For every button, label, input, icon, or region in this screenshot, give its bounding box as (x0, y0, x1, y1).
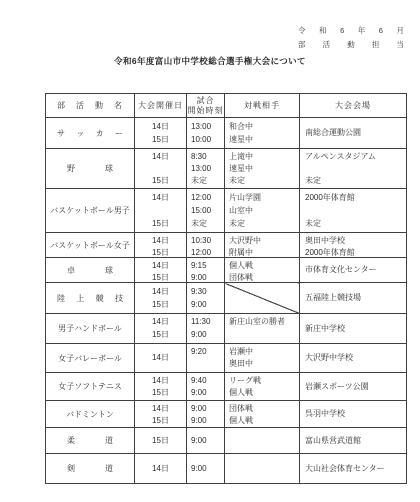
time-cell: 9:00 (187, 454, 225, 484)
time-cell-line (187, 358, 224, 370)
sport-name-cell: 野球 (46, 149, 135, 189)
header-start-time-line2: 開始時刻 (187, 106, 224, 116)
date-cell-line: 15日 (135, 175, 186, 187)
venue-cell: 市体育文化センター (300, 258, 407, 283)
opponent-cell: 団体戦個人戦 (225, 401, 300, 428)
time-cell-line: 未定 (187, 175, 224, 187)
date-cell-line (135, 205, 186, 217)
venue-cell: 新庄中学校 (300, 314, 407, 344)
venue-cell-line: 2000年体育館 (300, 192, 406, 204)
time-cell-line: 10:30 (187, 235, 224, 247)
opponent-cell: 新庄山室の勝者 (225, 314, 300, 344)
venue-cell-line: アルペンスタジアム (300, 151, 406, 163)
opponent-cell-line: 団体戦 (225, 272, 299, 284)
time-cell-line: 13:00 (187, 121, 224, 133)
table-header-row: 部活動名 大会開催日 試合 開始時刻 対戦相手 大会会場 (46, 94, 407, 118)
venue-cell-line: 未定 (300, 175, 406, 187)
venue-cell-line: 未定 (300, 218, 406, 230)
opponent-cell: リーグ戦個人戦 (225, 373, 300, 401)
date-cell: 14日15日 (135, 373, 187, 401)
table-row: 卓球14日15日9:159:00個人戦団体戦市体育文化センター (46, 258, 407, 283)
table-row: 柔道15日9:00富山県営武道館 (46, 428, 407, 454)
opponent-cell-line: 大沢野中 (225, 235, 299, 247)
venue-cell-line: 南総合運動公園 (300, 127, 406, 139)
time-cell-line: 15:00 (187, 205, 224, 217)
header-venue: 大会会場 (300, 94, 407, 118)
date-cell: 14日15日 (135, 189, 187, 233)
date-cell-line: 14日 (135, 151, 186, 163)
date-cell-line: 14日 (135, 463, 186, 475)
time-cell: 9:20 (187, 344, 225, 373)
date-cell-line: 14日 (135, 286, 186, 298)
time-cell-line: 9:40 (187, 375, 224, 387)
time-cell: 9:309:00 (187, 283, 225, 314)
opponent-cell-line: 個人戦 (225, 387, 299, 399)
tournament-table: 部活動名 大会開催日 試合 開始時刻 対戦相手 大会会場 サッカー14日15日1… (45, 93, 407, 484)
opponent-cell-line: 速星中 (225, 134, 299, 146)
venue-cell-line (300, 205, 406, 217)
no-opponent-diagonal (225, 283, 300, 314)
venue-cell-line: 大沢野中学校 (300, 352, 406, 364)
venue-cell: 南総合運動公園 (300, 118, 407, 149)
time-cell: 9:00 (187, 428, 225, 454)
sport-name: 剣道 (67, 463, 113, 474)
date-cell: 14日15日 (135, 314, 187, 344)
opponent-cell-line: 山室中 (225, 205, 299, 217)
opponent-cell-line: 岩瀬中 (225, 346, 299, 358)
issue-author: 部活動担当 (298, 39, 404, 50)
header-start-time: 試合 開始時刻 (187, 94, 225, 118)
sport-name-cell: 女子バレーボール (46, 344, 135, 373)
table-row: 野球14日15日8:3013:00未定上滝中速星中未定アルペンスタジアム未定 (46, 149, 407, 189)
sport-name: サッカー (57, 128, 123, 139)
table-row: バスケットボール男子14日15日12:0015:00未定片山学園山室中未定200… (46, 189, 407, 233)
date-cell-line: 14日 (135, 235, 186, 247)
sport-name: 卓球 (67, 265, 113, 276)
venue-cell-line: 五福陸上競技場 (300, 292, 406, 304)
time-cell: 9:409:00 (187, 373, 225, 401)
opponent-cell-line: 個人戦 (225, 260, 299, 272)
opponent-cell-line: 片山学園 (225, 192, 299, 204)
time-cell-line: 11:30 (187, 316, 224, 328)
venue-cell: 大山社会体育センター (300, 454, 407, 484)
time-cell-line: 10:00 (187, 134, 224, 146)
opponent-cell-line (225, 329, 299, 341)
time-cell-line: 9:00 (187, 299, 224, 311)
time-cell-line: 9:00 (187, 272, 224, 284)
date-cell: 14日15日 (135, 233, 187, 258)
issue-date: 令和6年6月 (298, 25, 404, 36)
opponent-cell-line: 個人戦 (225, 415, 299, 427)
sport-name-cell: バドミントン (46, 401, 135, 428)
time-cell-line: 9:00 (187, 435, 224, 447)
time-cell: 12:0015:00未定 (187, 189, 225, 233)
time-cell-line: 9:00 (187, 415, 224, 427)
time-cell-line: 9:15 (187, 260, 224, 272)
venue-cell: 2000年体育館未定 (300, 189, 407, 233)
time-cell: 9:009:00 (187, 401, 225, 428)
opponent-cell-line: 未定 (225, 218, 299, 230)
sport-name-cell: バスケットボール女子 (46, 233, 135, 258)
venue-cell: 五福陸上競技場 (300, 283, 407, 314)
venue-cell-line: 呉羽中学校 (300, 408, 406, 420)
opponent-cell-line: 奥田中 (225, 358, 299, 370)
table-row: 陸上競技14日15日9:309:00五福陸上競技場 (46, 283, 407, 314)
table-row: サッカー14日15日13:0010:00和合中速星中南総合運動公園 (46, 118, 407, 149)
date-cell: 15日 (135, 428, 187, 454)
sport-name: 野球 (67, 163, 113, 174)
opponent-cell-line: 附属中 (225, 247, 299, 259)
sport-name: 陸上競技 (57, 293, 123, 304)
opponent-cell: 和合中速星中 (225, 118, 300, 149)
venue-cell: 奥田中学校2000年体育館 (300, 233, 407, 258)
opponent-cell-line: 団体戦 (225, 403, 299, 415)
venue-cell-line: 市体育文化センター (300, 264, 406, 276)
venue-cell-line (300, 163, 406, 175)
table-row: バスケットボール女子14日15日10:3012:00大沢野中附属中奥田中学校20… (46, 233, 407, 258)
date-cell: 14日15日 (135, 118, 187, 149)
table-row: 男子ハンドボール14日15日11:309:00新庄山室の勝者新庄中学校 (46, 314, 407, 344)
date-cell-line: 15日 (135, 299, 186, 311)
time-cell: 11:309:00 (187, 314, 225, 344)
date-cell-line (135, 163, 186, 175)
time-cell-line: 9:00 (187, 463, 224, 475)
venue-cell: 岩瀬スポーツ公園 (300, 373, 407, 401)
time-cell-line: 9:00 (187, 403, 224, 415)
opponent-cell-line: 未定 (225, 175, 299, 187)
opponent-cell: 片山学園山室中未定 (225, 189, 300, 233)
sport-name-cell: 女子ソフトテニス (46, 373, 135, 401)
venue-cell-line: 2000年体育館 (300, 247, 406, 259)
time-cell-line: 12:00 (187, 192, 224, 204)
venue-cell-line: 富山県営武道館 (300, 435, 406, 447)
sport-name: 柔道 (67, 435, 113, 446)
table-body: サッカー14日15日13:0010:00和合中速星中南総合運動公園野球14日15… (46, 118, 407, 484)
venue-cell-line: 奥田中学校 (300, 235, 406, 247)
table-row: バドミントン14日15日9:009:00団体戦個人戦呉羽中学校 (46, 401, 407, 428)
time-cell: 10:3012:00 (187, 233, 225, 258)
date-cell: 14日15日 (135, 283, 187, 314)
table-row: 剣道14日9:00大山社会体育センター (46, 454, 407, 484)
date-cell-line: 15日 (135, 272, 186, 284)
header-event-date: 大会開催日 (135, 94, 187, 118)
date-cell: 14日15日 (135, 258, 187, 283)
time-cell-line: 9:20 (187, 346, 224, 358)
time-cell-line: 8:30 (187, 151, 224, 163)
time-cell: 13:0010:00 (187, 118, 225, 149)
venue-cell: 富山県営武道館 (300, 428, 407, 454)
header-activity: 部活動名 (46, 94, 135, 118)
time-cell-line: 9:00 (187, 329, 224, 341)
sport-name-cell: 剣道 (46, 454, 135, 484)
venue-cell: 大沢野中学校 (300, 344, 407, 373)
table-row: 女子ソフトテニス14日15日9:409:00リーグ戦個人戦岩瀬スポーツ公園 (46, 373, 407, 401)
date-cell-line: 15日 (135, 435, 186, 447)
time-cell-line: 9:30 (187, 286, 224, 298)
time-cell-line: 12:00 (187, 247, 224, 259)
time-cell: 9:159:00 (187, 258, 225, 283)
date-cell-line: 15日 (135, 415, 186, 427)
sport-name-cell: サッカー (46, 118, 135, 149)
date-cell: 14日15日 (135, 149, 187, 189)
date-cell-line: 15日 (135, 247, 186, 259)
date-cell: 14日 (135, 454, 187, 484)
date-cell-line: 15日 (135, 387, 186, 399)
date-cell-line: 14日 (135, 192, 186, 204)
opponent-cell: 大沢野中附属中 (225, 233, 300, 258)
time-cell: 8:3013:00未定 (187, 149, 225, 189)
opponent-cell (225, 428, 300, 454)
opponent-cell-line: 上滝中 (225, 151, 299, 163)
opponent-cell: 岩瀬中奥田中 (225, 344, 300, 373)
header-start-time-line1: 試合 (187, 96, 224, 106)
venue-cell: アルペンスタジアム未定 (300, 149, 407, 189)
date-cell-line: 15日 (135, 134, 186, 146)
date-cell-line: 14日 (135, 403, 186, 415)
date-cell-line: 14日 (135, 121, 186, 133)
header-activity-label: 部活動名 (57, 100, 123, 111)
sport-name-cell: 陸上競技 (46, 283, 135, 314)
opponent-cell-line: リーグ戦 (225, 375, 299, 387)
date-cell-line: 14日 (135, 316, 186, 328)
sport-name-cell: 柔道 (46, 428, 135, 454)
time-cell-line: 未定 (187, 218, 224, 230)
issue-info-block: 令和6年6月 部活動担当 (298, 25, 404, 53)
page-title: 令和6年度富山市中学校総合選手権大会について (0, 55, 420, 67)
opponent-cell-line: 新庄山室の勝者 (225, 316, 299, 328)
opponent-cell: 上滝中速星中未定 (225, 149, 300, 189)
date-cell-line: 14日 (135, 352, 186, 364)
date-cell: 14日15日 (135, 401, 187, 428)
sport-name-cell: バスケットボール男子 (46, 189, 135, 233)
date-cell-line: 15日 (135, 329, 186, 341)
venue-cell-line: 岩瀬スポーツ公園 (300, 381, 406, 393)
sport-name-cell: 卓球 (46, 258, 135, 283)
venue-cell-line: 新庄中学校 (300, 323, 406, 335)
sport-name-cell: 男子ハンドボール (46, 314, 135, 344)
opponent-cell-line: 速星中 (225, 163, 299, 175)
venue-cell-line: 大山社会体育センター (300, 463, 406, 475)
venue-cell: 呉羽中学校 (300, 401, 407, 428)
table-row: 女子バレーボール14日9:20岩瀬中奥田中大沢野中学校 (46, 344, 407, 373)
date-cell-line: 14日 (135, 260, 186, 272)
date-cell-line: 15日 (135, 218, 186, 230)
time-cell-line: 9:00 (187, 387, 224, 399)
header-opponent: 対戦相手 (225, 94, 300, 118)
opponent-cell (225, 454, 300, 484)
opponent-cell-line: 和合中 (225, 121, 299, 133)
date-cell: 14日 (135, 344, 187, 373)
date-cell-line: 14日 (135, 375, 186, 387)
opponent-cell: 個人戦団体戦 (225, 258, 300, 283)
time-cell-line: 13:00 (187, 163, 224, 175)
